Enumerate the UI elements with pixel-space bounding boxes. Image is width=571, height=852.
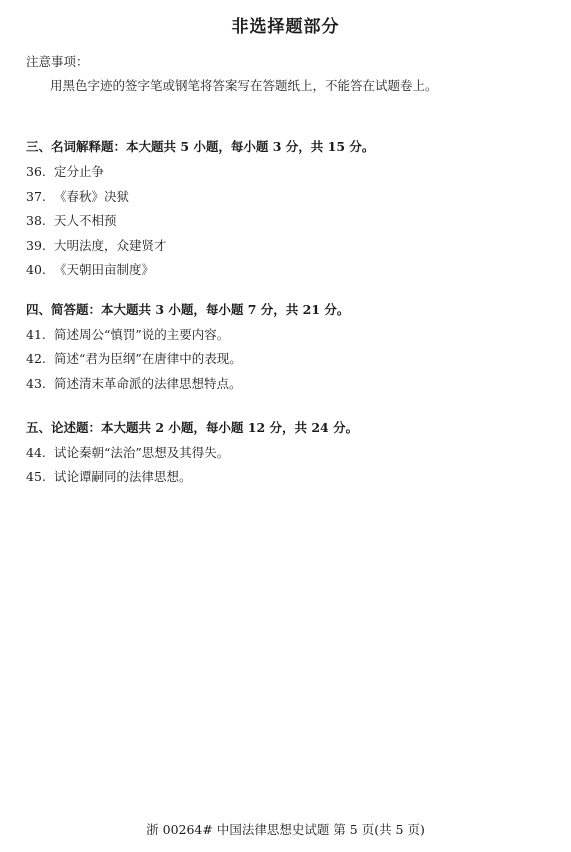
question-item: 39.大明法度，众建贤才 — [26, 236, 167, 254]
question-text: 天人不相预 — [54, 213, 117, 228]
question-number: 45. — [26, 469, 54, 484]
question-text: 《天朝田亩制度》 — [54, 262, 154, 277]
notice-label: 注意事项： — [26, 52, 89, 70]
question-item: 41.简述周公“慎罚”说的主要内容。 — [26, 325, 229, 343]
section-heading-5: 五、论述题：本大题共 2 小题，每小题 12 分，共 24 分。 — [26, 418, 358, 436]
question-item: 43.简述清末革命派的法律思想特点。 — [26, 374, 242, 392]
question-item: 42.简述“君为臣纲”在唐律中的表现。 — [26, 349, 242, 367]
question-text: 大明法度，众建贤才 — [54, 238, 167, 253]
question-number: 39. — [26, 238, 54, 253]
question-text: 简述“君为臣纲”在唐律中的表现。 — [54, 351, 242, 366]
question-item: 45.试论谭嗣同的法律思想。 — [26, 467, 192, 485]
question-item: 36.定分止争 — [26, 162, 104, 180]
question-number: 36. — [26, 164, 54, 179]
question-number: 37. — [26, 189, 54, 204]
page-footer: 浙 00264# 中国法律思想史试题 第 5 页(共 5 页) — [0, 820, 571, 838]
section-heading-4: 四、简答题：本大题共 3 小题，每小题 7 分，共 21 分。 — [26, 300, 349, 318]
question-text: 《春秋》决狱 — [54, 189, 129, 204]
question-item: 38.天人不相预 — [26, 211, 117, 229]
question-number: 40. — [26, 262, 54, 277]
question-number: 38. — [26, 213, 54, 228]
question-number: 42. — [26, 351, 54, 366]
question-item: 40.《天朝田亩制度》 — [26, 260, 154, 278]
section-heading-3: 三、名词解释题：本大题共 5 小题，每小题 3 分，共 15 分。 — [26, 137, 374, 155]
question-number: 43. — [26, 376, 54, 391]
page-title: 非选择题部分 — [0, 12, 571, 37]
question-item: 44.试论秦朝“法治”思想及其得失。 — [26, 443, 229, 461]
question-text: 试论秦朝“法治”思想及其得失。 — [54, 445, 229, 460]
question-number: 44. — [26, 445, 54, 460]
question-text: 简述清末革命派的法律思想特点。 — [54, 376, 242, 391]
question-text: 简述周公“慎罚”说的主要内容。 — [54, 327, 229, 342]
notice-text: 用黑色字迹的签字笔或钢笔将答案写在答题纸上，不能答在试题卷上。 — [50, 76, 438, 94]
question-text: 试论谭嗣同的法律思想。 — [54, 469, 192, 484]
question-number: 41. — [26, 327, 54, 342]
question-text: 定分止争 — [54, 164, 104, 179]
question-item: 37.《春秋》决狱 — [26, 187, 129, 205]
